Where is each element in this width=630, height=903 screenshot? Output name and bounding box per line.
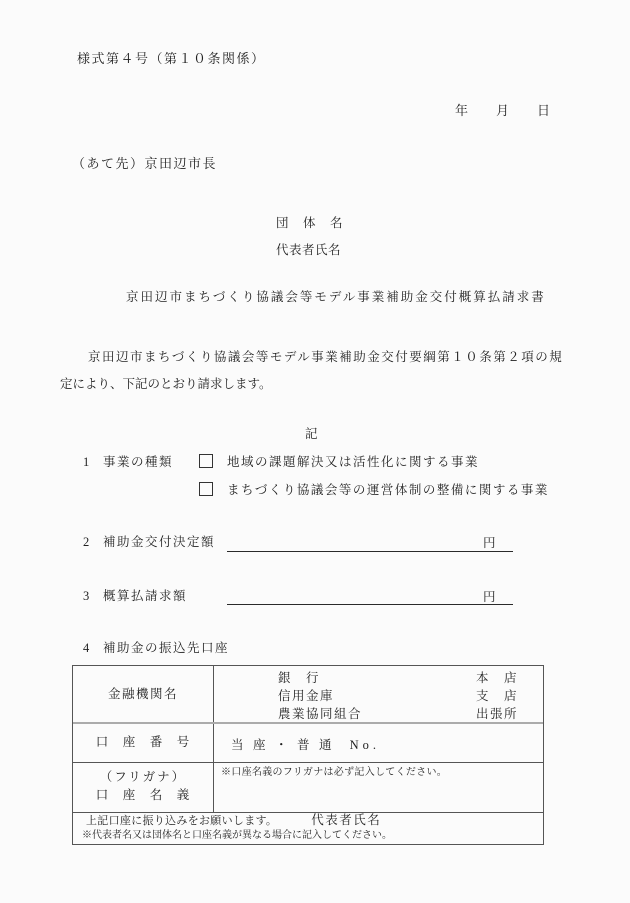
form-number: 様式第４号（第１０条関係）: [77, 52, 266, 66]
branch-type-options[interactable]: 本 店 支 店 出張所: [476, 669, 518, 723]
estimated-payment-amount-unit: 円: [483, 590, 497, 604]
item1-option1-label: 地域の課題解決又は活性化に関する事業: [227, 455, 479, 469]
branch-type-sub-branch[interactable]: 出張所: [476, 705, 518, 723]
grant-decision-amount-field[interactable]: 円: [227, 536, 513, 552]
representative-name-label: 代表者氏名: [276, 243, 341, 257]
account-number-header: 口 座 番 号: [73, 723, 213, 762]
date-day-label: 日: [537, 104, 550, 118]
branch-type-head-office[interactable]: 本 店: [476, 669, 518, 687]
form-page: 様式第４号（第１０条関係） 年 月 日 （あて先）京田辺市長 団 体 名 代表者…: [0, 0, 630, 903]
page-title: 京田辺市まちづくり協議会等モデル事業補助金交付概算払請求書: [126, 290, 546, 304]
grant-decision-amount-unit: 円: [483, 536, 497, 550]
date-month-label: 月: [496, 104, 509, 118]
account-no-prefix: No.: [350, 738, 380, 752]
furigana-note: ※口座名義のフリガナは必ず記入してください。: [221, 767, 447, 779]
body-line2: 定により、下記のとおり請求します。: [60, 377, 272, 391]
transfer-account-table: 金融機関名 銀 行 信用金庫 農業協同組合 本 店 支 店 出張所 口 座 番 …: [72, 665, 544, 845]
checkbox-option2[interactable]: [199, 482, 213, 496]
table-row-divider-2: [73, 762, 543, 763]
institution-type-options[interactable]: 銀 行 信用金庫 農業協同組合: [278, 669, 362, 723]
item2-number: 2: [83, 535, 91, 549]
transfer-request-text: 上記口座に振り込みをお願いします。: [86, 815, 277, 827]
institution-type-shinkin[interactable]: 信用金庫: [278, 687, 362, 705]
estimated-payment-amount-field[interactable]: 円: [227, 590, 513, 605]
account-number-cell[interactable]: 当座・普通 No.: [231, 735, 380, 753]
transfer-note: ※代表者名又は団体名と口座名義が異なる場合に記入してください。: [82, 830, 392, 842]
checkbox-option1[interactable]: [199, 454, 213, 468]
record-heading: 記: [305, 427, 319, 441]
financial-institution-header: 金融機関名: [73, 666, 213, 722]
table-row-divider-3: [73, 812, 543, 813]
item2-label: 補助金交付決定額: [103, 535, 215, 549]
item4-label: 補助金の振込先口座: [103, 641, 229, 655]
item3-label: 概算払請求額: [103, 589, 187, 603]
account-holder-input-area[interactable]: [221, 781, 539, 811]
institution-type-bank[interactable]: 銀 行: [278, 669, 362, 687]
account-type-options[interactable]: 当座・普通: [231, 738, 341, 752]
item1-label: 事業の種類: [103, 455, 173, 469]
item1-option2-label: まちづくり協議会等の運営体制の整備に関する事業: [227, 483, 549, 497]
institution-type-agri-coop[interactable]: 農業協同組合: [278, 705, 362, 723]
furigana-label: （フリガナ）: [73, 770, 213, 784]
item1-number: 1: [83, 455, 91, 469]
addressee: （あて先）京田辺市長: [72, 157, 217, 171]
item3-number: 3: [83, 589, 91, 603]
date-year-label: 年: [455, 104, 468, 118]
organization-name-label: 団 体 名: [276, 216, 344, 230]
item4-number: 4: [83, 641, 91, 655]
date-line: 年 月 日: [455, 104, 550, 118]
table-column-divider: [213, 666, 214, 813]
transfer-request-line: 上記口座に振り込みをお願いします。代表者氏名: [86, 814, 381, 828]
account-holder-header: 口 座 名 義: [73, 788, 213, 802]
branch-type-branch[interactable]: 支 店: [476, 687, 518, 705]
body-line1: 京田辺市まちづくり協議会等モデル事業補助金交付要綱第１０条第２項の規: [88, 350, 563, 364]
transfer-representative-label: 代表者氏名: [311, 813, 381, 827]
